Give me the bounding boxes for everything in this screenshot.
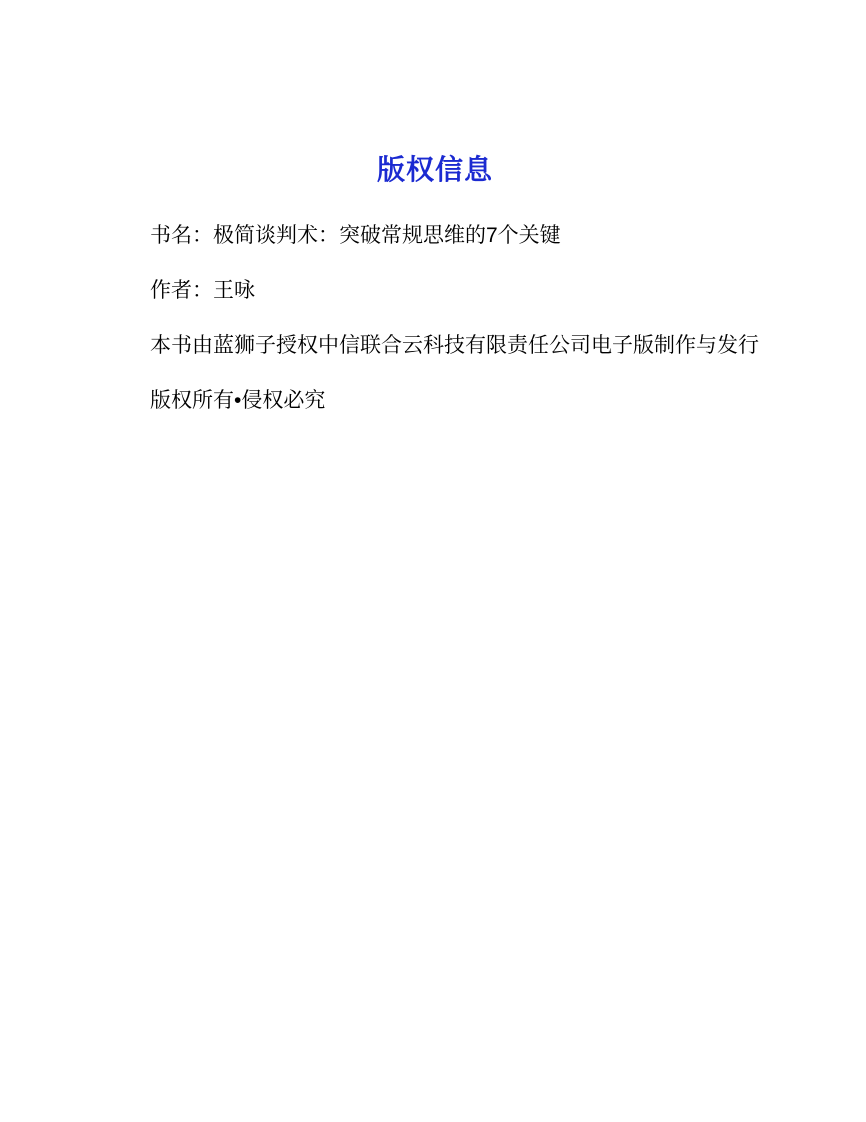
page-title: 版权信息	[108, 150, 762, 190]
paragraph-author: 作者：王咏	[108, 275, 762, 307]
paragraph-book-title: 书名：极简谈判术：突破常规思维的7个关键	[108, 220, 762, 252]
document-page: 版权信息 书名：极简谈判术：突破常规思维的7个关键 作者：王咏 本书由蓝狮子授权…	[0, 0, 866, 1122]
paragraph-publisher: 本书由蓝狮子授权中信联合云科技有限责任公司电子版制作与发行	[108, 330, 762, 362]
paragraph-copyright-notice: 版权所有•侵权必究	[108, 385, 762, 417]
page-content: 版权信息 书名：极简谈判术：突破常规思维的7个关键 作者：王咏 本书由蓝狮子授权…	[0, 0, 866, 417]
